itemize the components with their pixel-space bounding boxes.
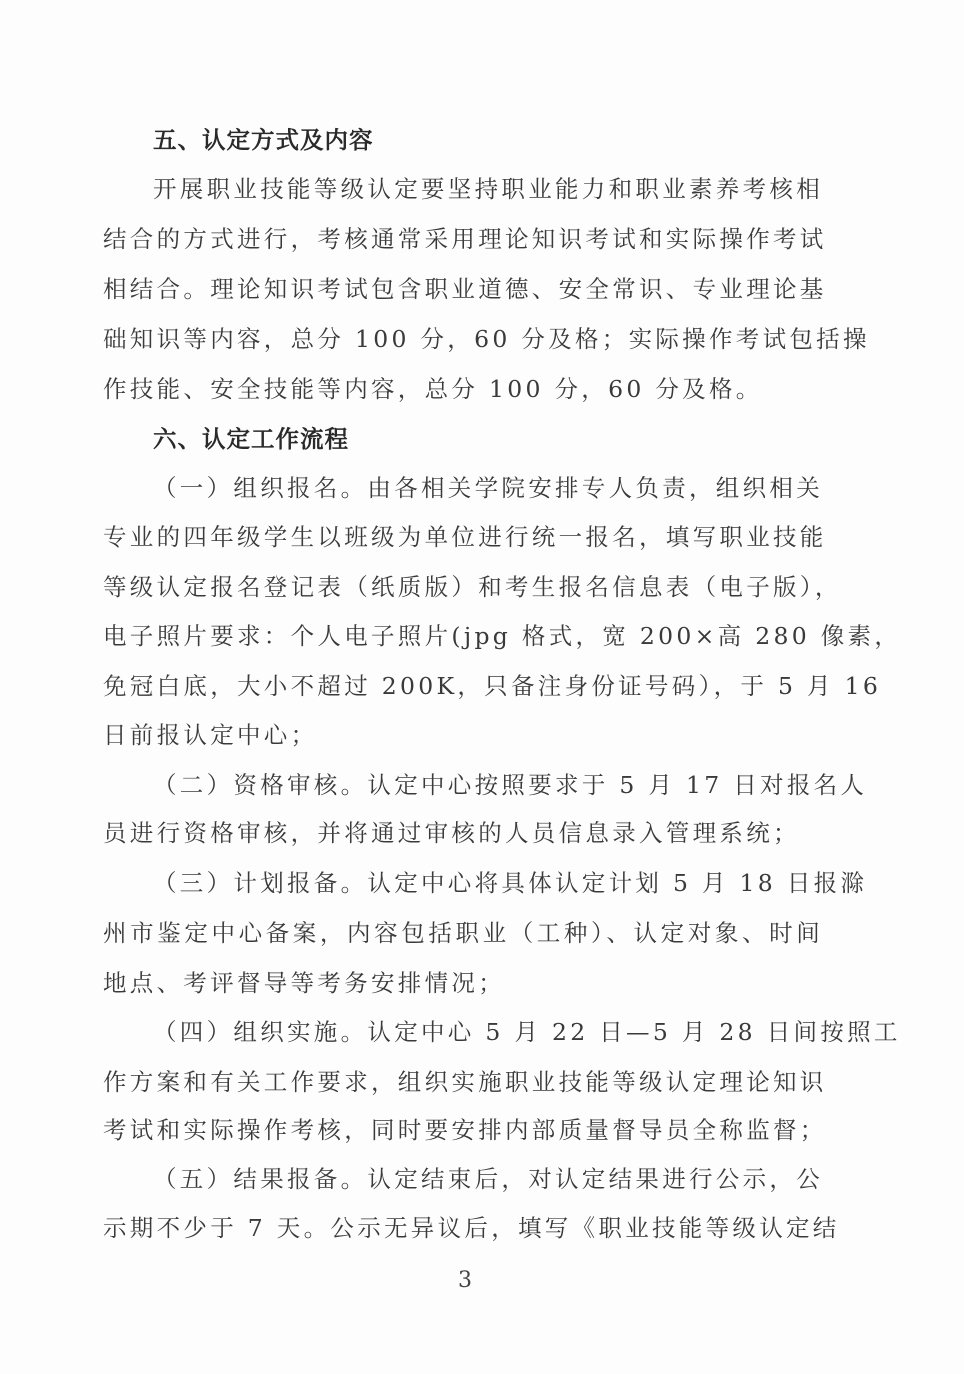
step-registration-line: 电子照片要求：个人电子照片(jpg 格式，宽 200×高 280 像素，: [103, 619, 823, 653]
step-qualification-review-line: 员进行资格审核，并将通过审核的人员信息录入管理系统；: [103, 816, 823, 850]
step-implementation-line: 作方案和有关工作要求，组织实施职业技能等级认定理论知识: [103, 1065, 823, 1099]
step-plan-filing-line: （三）计划报备。认定中心将具体认定计划 5 月 18 日报滁: [153, 866, 823, 900]
step-implementation-line: （四）组织实施。认定中心 5 月 22 日—5 月 28 日间按照工: [153, 1015, 823, 1049]
paragraph-line: 础知识等内容，总分 100 分，60 分及格；实际操作考试包括操: [103, 322, 823, 356]
step-registration-line: 等级认定报名登记表（纸质版）和考生报名信息表（电子版），: [103, 570, 823, 604]
paragraph-line: 作技能、安全技能等内容，总分 100 分，60 分及格。: [103, 372, 823, 406]
step-plan-filing-line: 州市鉴定中心备案，内容包括职业（工种）、认定对象、时间: [103, 916, 823, 950]
paragraph-line: 结合的方式进行，考核通常采用理论知识考试和实际操作考试: [103, 222, 823, 256]
document-page: 五、认定方式及内容 开展职业技能等级认定要坚持职业能力和职业素养考核相 结合的方…: [0, 0, 964, 1374]
step-registration-line: 日前报认定中心；: [103, 718, 823, 752]
page-number: 3: [0, 1268, 930, 1293]
step-registration-line: 免冠白底，大小不超过 200K，只备注身份证号码），于 5 月 16: [103, 669, 823, 703]
step-implementation-line: 考试和实际操作考核，同时要安排内部质量督导员全称监督；: [103, 1113, 823, 1147]
step-qualification-review-line: （二）资格审核。认定中心按照要求于 5 月 17 日对报名人: [153, 768, 823, 802]
section-heading-workflow: 六、认定工作流程: [153, 422, 823, 456]
step-registration-line: 专业的四年级学生以班级为单位进行统一报名，填写职业技能: [103, 520, 823, 554]
paragraph-line: 开展职业技能等级认定要坚持职业能力和职业素养考核相: [153, 172, 823, 206]
step-registration-line: （一）组织报名。由各相关学院安排专人负责，组织相关: [153, 471, 823, 505]
section-heading-assessment-method: 五、认定方式及内容: [153, 123, 823, 157]
step-result-filing-line: （五）结果报备。认定结束后，对认定结果进行公示，公: [153, 1162, 823, 1196]
paragraph-line: 相结合。理论知识考试包含职业道德、安全常识、专业理论基: [103, 272, 823, 306]
step-plan-filing-line: 地点、考评督导等考务安排情况；: [103, 966, 823, 1000]
step-result-filing-line: 示期不少于 7 天。公示无异议后，填写《职业技能等级认定结: [103, 1211, 823, 1245]
